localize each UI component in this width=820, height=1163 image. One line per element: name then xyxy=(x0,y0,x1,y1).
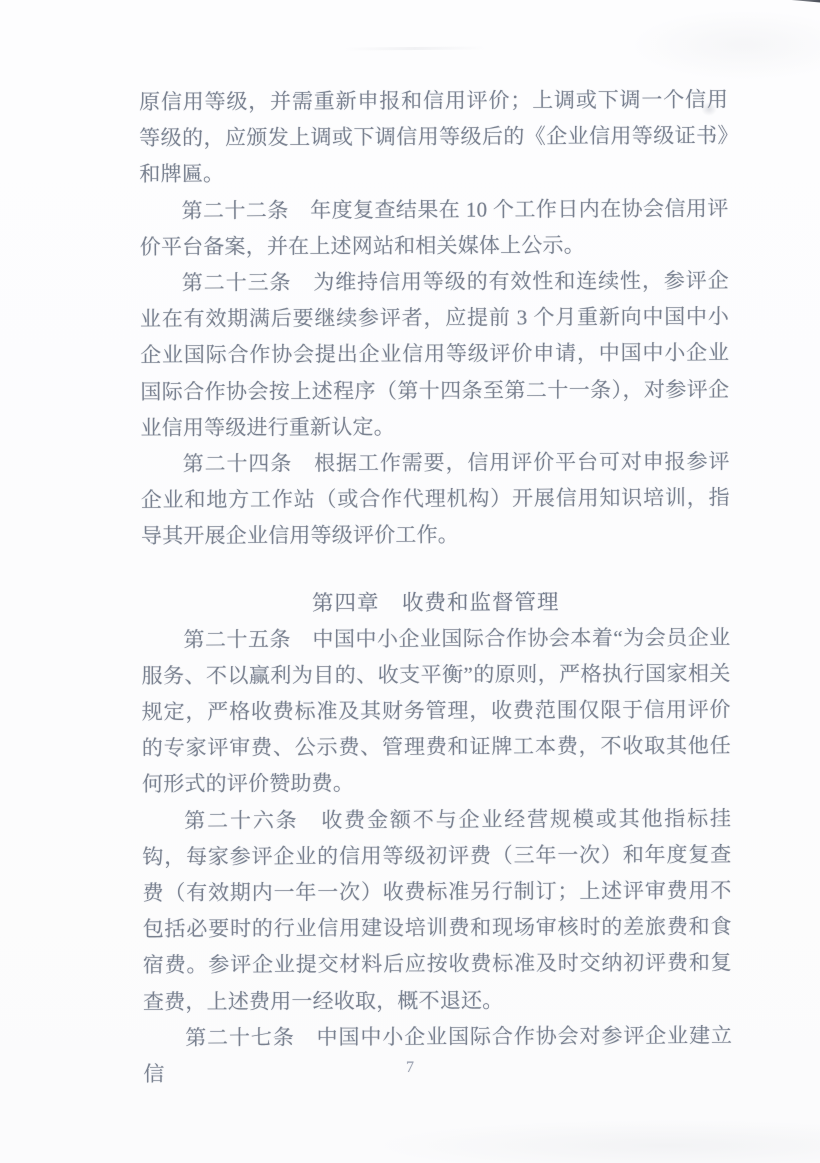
page-number: 7 xyxy=(0,1057,820,1079)
paragraph-continuation: 原信用等级，并需重新申报和信用评价；上调或下调一个信用等级的，应颁发上调或下调信… xyxy=(139,81,728,192)
scan-noise-streak xyxy=(345,47,485,51)
document-body: 原信用等级，并需重新申报和信用评价；上调或下调一个信用等级的，应颁发上调或下调信… xyxy=(139,81,732,1092)
paragraph-article-26: 第二十六条 收费金额不与企业经营规模或其他指标挂钩，每家参评企业的信用等级初评费… xyxy=(142,800,732,1020)
paragraph-article-23: 第二十三条 为维持信用等级的有效性和连续性，参评企业在有效期满后要继续参评者，应… xyxy=(140,262,730,446)
chapter-heading: 第四章 收费和监督管理 xyxy=(141,583,730,622)
scan-noise-top-right xyxy=(630,10,820,80)
scan-noise-bottom xyxy=(380,1120,820,1163)
paragraph-article-22: 第二十二条 年度复查结果在 10 个工作日内在协会信用评价平台备案，并在上述网站… xyxy=(139,190,728,265)
scanned-document-page: 原信用等级，并需重新申报和信用评价；上调或下调一个信用等级的，应颁发上调或下调信… xyxy=(0,0,820,1163)
paragraph-article-24: 第二十四条 根据工作需要，信用评价平台可对申报参评企业和地方工作站（或合作代理机… xyxy=(141,443,730,554)
paragraph-article-25: 第二十五条 中国中小企业国际合作协会本着“为会员企业服务、不以赢利为目的、收支平… xyxy=(141,619,731,803)
scan-corner-artifact xyxy=(774,0,820,3)
paragraph-article-27: 第二十七条 中国中小企业国际合作协会对参评企业建立信 xyxy=(143,1017,732,1092)
